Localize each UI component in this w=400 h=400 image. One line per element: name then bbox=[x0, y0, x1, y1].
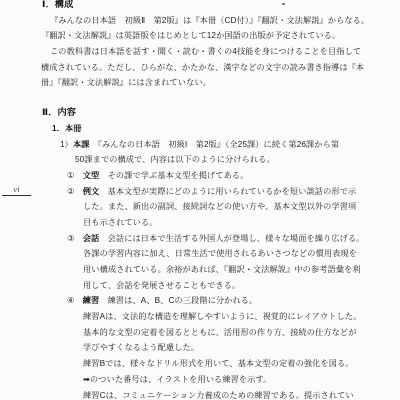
text-run-bold: Ⅰ．構成 bbox=[42, 0, 73, 9]
text-run: 会話には日本で生活する外国人が登場し、様々な場面を繰り広げる。 bbox=[99, 234, 364, 243]
heading-section-2: Ⅱ．内容 bbox=[42, 105, 400, 121]
text-run: 練習Aは、文法的な構造を理解しやすいように、視覚的にレイアウトした。 bbox=[83, 312, 361, 321]
text-line: 用い構成されている。余裕があれば、『翻訳・文法解説』中の参考語彙を利 bbox=[83, 262, 400, 278]
text-line: ③ 会話 会話には日本で生活する外国人が登場し、様々な場面を繰り広げる。 bbox=[67, 231, 400, 247]
text-line: 『翻訳・文法解説』は英語版をはじめとして12か国語の出版が予定されている。 bbox=[41, 28, 400, 44]
text-line: この教科書は日本語を話す・聞く・読む・書くの4技能を身につけることを目指して bbox=[50, 44, 400, 60]
text-run-bold: 文型 bbox=[83, 171, 100, 180]
text-line: 練習Cは、コミュニケーション力養成のための練習である。提示されてい bbox=[83, 388, 400, 400]
text-run-bold: 1．本冊 bbox=[52, 124, 82, 133]
text-line: ④ 練習 練習は、A、B、Cの三段階に分かれる。 bbox=[67, 293, 400, 309]
text-run-bold: 会話 bbox=[83, 234, 100, 243]
heading-section-1: Ⅰ．構成 bbox=[42, 0, 400, 13]
text-run: 用して、会話を発展させることもできる。 bbox=[83, 281, 240, 290]
text-line: 50課までの構成で、内容は以下のように分けられる。 bbox=[75, 152, 400, 168]
text-line: 基本的な文型の定着を図るとともに、活用形の作り方、接続の仕方などが bbox=[83, 325, 400, 341]
text-line: 『みんなの日本語 初級Ⅱ 第2版』は『本冊（CD付）』『翻訳・文法解説』からなる… bbox=[50, 13, 400, 29]
text-run: 学びやすくなるよう配慮した。 bbox=[83, 343, 199, 352]
subheading-honsatsu: 1．本冊 bbox=[52, 121, 400, 137]
text-line: 学びやすくなるよう配慮した。 bbox=[83, 340, 400, 356]
text-run: この教科書は日本語を話す・聞く・読む・書くの4技能を身につけることを目指して bbox=[50, 47, 361, 56]
text-line: 冊』『翻訳・文法解説』には含まれていない。 bbox=[41, 75, 400, 91]
text-run: 50課までの構成で、内容は以下のように分けられる。 bbox=[75, 155, 275, 164]
text-run-bold: 練習 bbox=[83, 296, 100, 305]
text-run: 構成されている。ただし、ひらがな、かたかな、漢字などの文字の読み書き指導は『本 bbox=[41, 63, 364, 72]
text-run: ④ bbox=[67, 296, 83, 305]
text-line: ② 例文 基本文型が実際にどのように用いられているかを短い談話の形で示 bbox=[67, 184, 400, 200]
text-line: 練習Aは、文法的な構造を理解しやすいように、視覚的にレイアウトした。 bbox=[83, 309, 400, 325]
text-run-bold: 例文 bbox=[83, 187, 100, 196]
text-line: 用して、会話を発展させることもできる。 bbox=[83, 278, 400, 294]
text-run: 練習Bでは、様々なドリル形式を用いて、基本文型の定着の強化を図る。 bbox=[83, 359, 354, 368]
text-line: ➡のついた番号は、イラストを用いる練習を示す。 bbox=[83, 372, 400, 388]
text-run: 各課の学習内容に加え、日常生活で使用されるあいさつなどの慣用表現を bbox=[83, 249, 357, 258]
text-run: 練習は、A、B、Cの三段階に分かれる。 bbox=[99, 296, 257, 305]
text-line: 練習Bでは、様々なドリル形式を用いて、基本文型の定着の強化を図る。 bbox=[83, 356, 400, 372]
scanned-document-page: vi Ⅰ．構成『みんなの日本語 初級Ⅱ 第2版』は『本冊（CD付）』『翻訳・文法… bbox=[0, 0, 400, 400]
text-run: 『みんなの日本語 初級Ⅱ 第2版』は『本冊（CD付）』『翻訳・文法解説』からなる… bbox=[50, 16, 369, 25]
text-run-bold: Ⅱ．内容 bbox=[42, 107, 76, 117]
text-line: ① 文型 その課で学ぶ基本文型を掲げてある。 bbox=[67, 168, 400, 184]
text-run: ③ bbox=[67, 234, 83, 243]
text-run: 基本文型が実際にどのように用いられているかを短い談話の形で示 bbox=[99, 187, 356, 196]
section-gap bbox=[0, 91, 400, 105]
text-run: した。また、新出の副詞、接続詞などの使い方や、基本文型以外の学習項 bbox=[83, 202, 356, 211]
text-run: 目も示されている。 bbox=[83, 218, 158, 227]
text-run: 『みんなの日本語 初級Ⅰ 第2版』（全25課）に続く第26課から第 bbox=[90, 140, 340, 149]
text-run-bold: 本課 bbox=[73, 140, 90, 149]
text-run: 『翻訳・文法解説』は英語版をはじめとして12か国語の出版が予定されている。 bbox=[41, 31, 340, 40]
text-line: 各課の学習内容に加え、日常生活で使用されるあいさつなどの慣用表現を bbox=[83, 246, 400, 262]
text-run: ➡のついた番号は、イラストを用いる練習を示す。 bbox=[83, 375, 271, 384]
text-run: ① bbox=[67, 171, 83, 180]
text-run: 基本的な文型の定着を図るとともに、活用形の作り方、接続の仕方などが bbox=[83, 328, 357, 337]
text-line: した。また、新出の副詞、接続詞などの使い方や、基本文型以外の学習項 bbox=[83, 199, 400, 215]
text-run: ② bbox=[67, 187, 83, 196]
text-run: 1） bbox=[60, 140, 73, 149]
text-run: 冊』『翻訳・文法解説』には含まれていない。 bbox=[41, 78, 211, 87]
document-lines: Ⅰ．構成『みんなの日本語 初級Ⅱ 第2版』は『本冊（CD付）』『翻訳・文法解説』… bbox=[0, 0, 400, 400]
text-line: 1）本課 『みんなの日本語 初級Ⅰ 第2版』（全25課）に続く第26課から第 bbox=[60, 137, 400, 153]
text-line: 構成されている。ただし、ひらがな、かたかな、漢字などの文字の読み書き指導は『本 bbox=[41, 60, 400, 76]
text-run: 用い構成されている。余裕があれば、『翻訳・文法解説』中の参考語彙を利 bbox=[83, 265, 361, 274]
text-run: 練習Cは、コミュニケーション力養成のための練習である。提示されてい bbox=[83, 391, 354, 400]
text-run: その課で学ぶ基本文型を掲げてある。 bbox=[99, 171, 248, 180]
text-line: 目も示されている。 bbox=[83, 215, 400, 231]
